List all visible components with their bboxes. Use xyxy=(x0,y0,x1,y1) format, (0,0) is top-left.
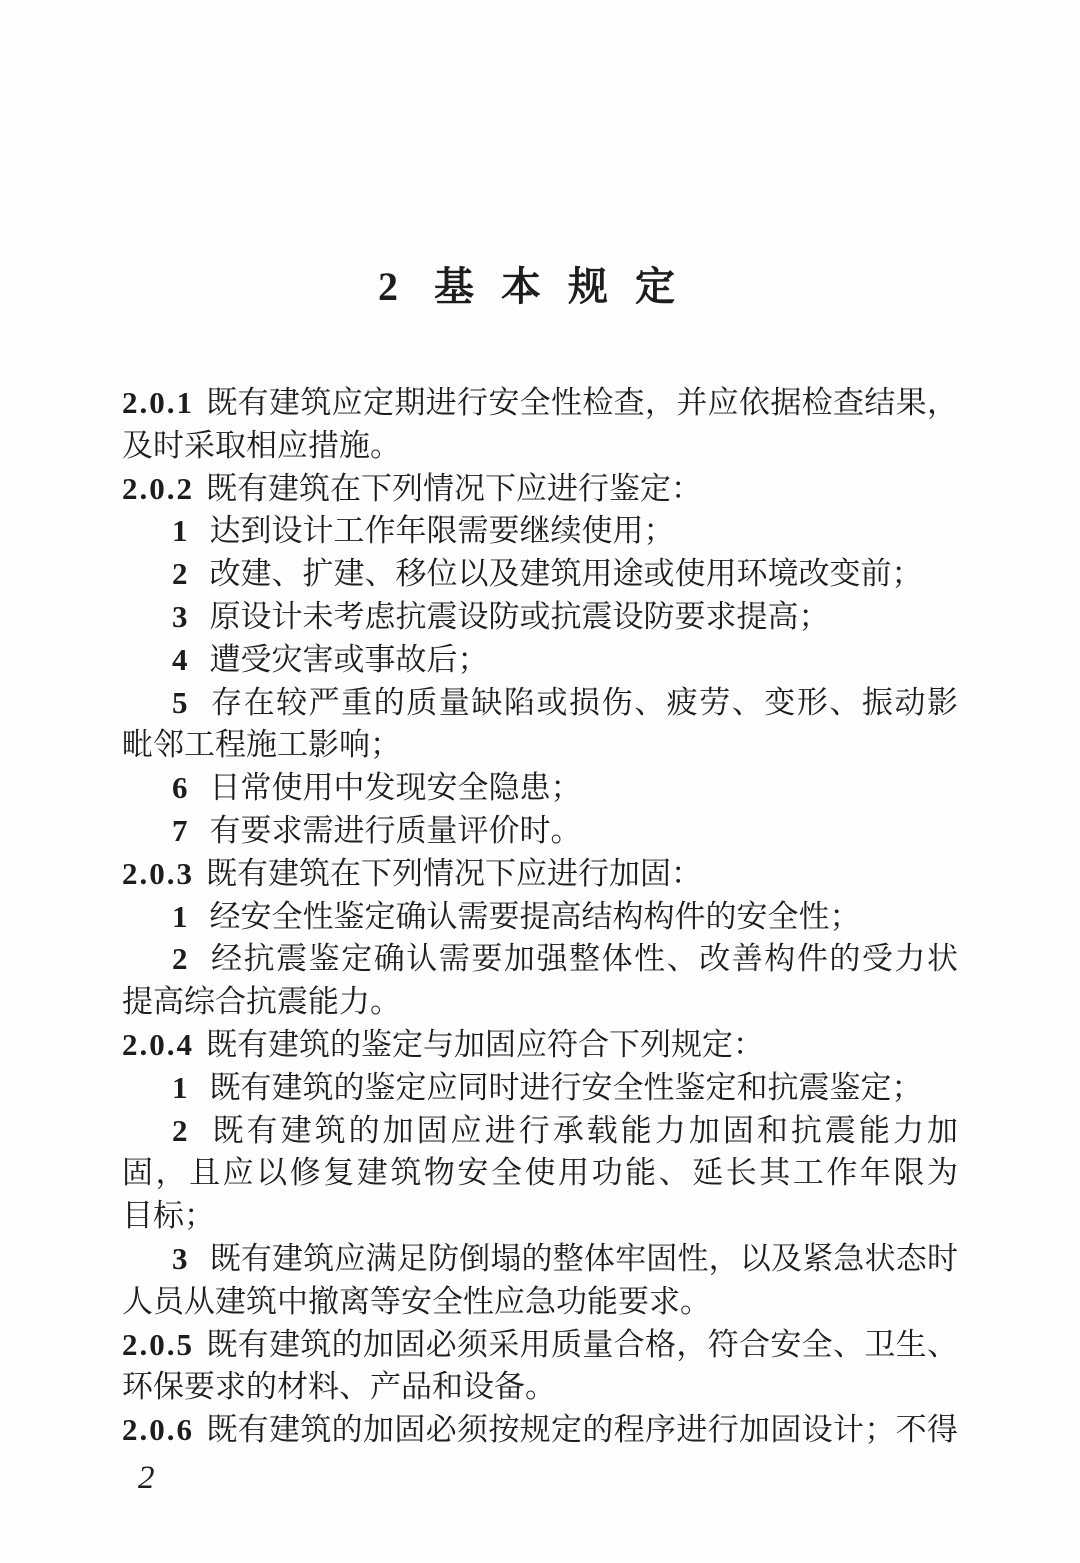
chapter-title: 2基本规定 xyxy=(122,262,958,312)
item-text: 有要求需进行质量评价时。 xyxy=(210,813,582,848)
clause-number: 2.0.6 xyxy=(122,1412,194,1447)
chapter-number: 2 xyxy=(378,264,398,309)
item-line: 3既有建筑应满足防倒塌的整体牢固性，以及紧急状态时 xyxy=(122,1238,958,1281)
clause-text: 环保要求的材料、产品和设备。 xyxy=(122,1369,556,1404)
item-number: 4 xyxy=(172,642,188,677)
item-text: 日常使用中发现安全隐患； xyxy=(210,770,582,805)
continuation-line: 固，且应以修复建筑物安全使用功能、延长其工作年限为 xyxy=(122,1152,958,1195)
item-text: 既有建筑的鉴定应同时进行安全性鉴定和抗震鉴定； xyxy=(210,1070,923,1105)
item-text: 达到设计工作年限需要继续使用； xyxy=(210,513,675,548)
continuation-line: 毗邻工程施工影响； xyxy=(122,724,958,767)
item-text: 提高综合抗震能力。 xyxy=(122,984,401,1019)
item-line: 2既有建筑的加固应进行承载能力加固和抗震能力加 xyxy=(122,1110,958,1153)
clause-text: 既有建筑在下列情况下应进行鉴定： xyxy=(206,471,702,506)
clause-line-2-0-6: 2.0.6既有建筑的加固必须按规定的程序进行加固设计；不得 xyxy=(122,1409,958,1452)
item-text: 既有建筑的加固应进行承载能力加固和抗震能力加 xyxy=(210,1113,959,1148)
continuation-line: 提高综合抗震能力。 xyxy=(122,981,958,1024)
item-text: 目标； xyxy=(122,1198,215,1233)
continuation-line: 人员从建筑中撤离等安全性应急功能要求。 xyxy=(122,1281,958,1324)
item-line: 2经抗震鉴定确认需要加强整体性、改善构件的受力状况、 xyxy=(122,938,958,981)
clause-text: 既有建筑在下列情况下应进行加固： xyxy=(206,856,702,891)
item-line: 1经安全性鉴定确认需要提高结构构件的安全性； xyxy=(122,896,958,939)
clause-number: 2.0.1 xyxy=(122,385,194,420)
item-number: 6 xyxy=(172,770,188,805)
item-number: 1 xyxy=(172,513,188,548)
item-text: 存在较严重的质量缺陷或损伤、疲劳、变形、振动影响、 xyxy=(172,685,958,725)
item-text: 改建、扩建、移位以及建筑用途或使用环境改变前； xyxy=(210,556,923,591)
item-number: 1 xyxy=(172,1070,188,1105)
document-body: 2.0.1既有建筑应定期进行安全性检查，并应依据检查结果， 及时采取相应措施。 … xyxy=(122,382,958,1452)
clause-line-2-0-5: 2.0.5既有建筑的加固必须采用质量合格，符合安全、卫生、 xyxy=(122,1324,958,1367)
item-number: 5 xyxy=(172,685,188,720)
item-number: 2 xyxy=(172,941,188,976)
clause-number: 2.0.3 xyxy=(122,856,194,891)
item-line: 6日常使用中发现安全隐患； xyxy=(122,767,958,810)
item-text: 既有建筑应满足防倒塌的整体牢固性，以及紧急状态时 xyxy=(210,1241,959,1276)
item-number: 1 xyxy=(172,899,188,934)
item-number: 3 xyxy=(172,1241,188,1276)
continuation-line: 环保要求的材料、产品和设备。 xyxy=(122,1366,958,1409)
clause-number: 2.0.2 xyxy=(122,471,194,506)
item-text: 毗邻工程施工影响； xyxy=(122,727,401,762)
clause-line-2-0-3: 2.0.3既有建筑在下列情况下应进行加固： xyxy=(122,853,958,896)
item-text: 经安全性鉴定确认需要提高结构构件的安全性； xyxy=(210,899,861,934)
item-line: 1达到设计工作年限需要继续使用； xyxy=(122,510,958,553)
item-line: 1既有建筑的鉴定应同时进行安全性鉴定和抗震鉴定； xyxy=(122,1067,958,1110)
item-text: 固，且应以修复建筑物安全使用功能、延长其工作年限为 xyxy=(122,1155,958,1190)
item-number: 7 xyxy=(172,813,188,848)
item-number: 2 xyxy=(172,556,188,591)
clause-text: 既有建筑应定期进行安全性检查，并应依据检查结果， xyxy=(206,385,958,420)
clause-number: 2.0.5 xyxy=(122,1327,194,1362)
item-line: 4遭受灾害或事故后； xyxy=(122,639,958,682)
item-number: 3 xyxy=(172,599,188,634)
item-line: 7有要求需进行质量评价时。 xyxy=(122,810,958,853)
clause-line-2-0-4: 2.0.4既有建筑的鉴定与加固应符合下列规定： xyxy=(122,1024,958,1067)
clause-line-2-0-1: 2.0.1既有建筑应定期进行安全性检查，并应依据检查结果， xyxy=(122,382,958,425)
clause-number: 2.0.4 xyxy=(122,1027,194,1062)
clause-line-2-0-2: 2.0.2既有建筑在下列情况下应进行鉴定： xyxy=(122,468,958,511)
clause-text: 及时采取相应措施。 xyxy=(122,428,401,463)
item-number: 2 xyxy=(172,1113,188,1148)
document-page: 2基本规定 2.0.1既有建筑应定期进行安全性检查，并应依据检查结果， 及时采取… xyxy=(0,0,1080,1563)
item-text: 原设计未考虑抗震设防或抗震设防要求提高； xyxy=(210,599,830,634)
item-line: 5存在较严重的质量缺陷或损伤、疲劳、变形、振动影响、 xyxy=(122,682,958,725)
item-line: 3原设计未考虑抗震设防或抗震设防要求提高； xyxy=(122,596,958,639)
continuation-line: 目标； xyxy=(122,1195,958,1238)
clause-text: 既有建筑的鉴定与加固应符合下列规定： xyxy=(206,1027,764,1062)
continuation-line: 及时采取相应措施。 xyxy=(122,425,958,468)
chapter-title-text: 基本规定 xyxy=(434,264,702,309)
item-text: 遭受灾害或事故后； xyxy=(210,642,489,677)
page-number: 2 xyxy=(138,1458,155,1498)
clause-text: 既有建筑的加固必须按规定的程序进行加固设计；不得 xyxy=(206,1412,958,1447)
item-line: 2改建、扩建、移位以及建筑用途或使用环境改变前； xyxy=(122,553,958,596)
item-text: 经抗震鉴定确认需要加强整体性、改善构件的受力状况、 xyxy=(172,941,958,981)
clause-text: 既有建筑的加固必须采用质量合格，符合安全、卫生、 xyxy=(206,1327,958,1362)
item-text: 人员从建筑中撤离等安全性应急功能要求。 xyxy=(122,1284,711,1319)
